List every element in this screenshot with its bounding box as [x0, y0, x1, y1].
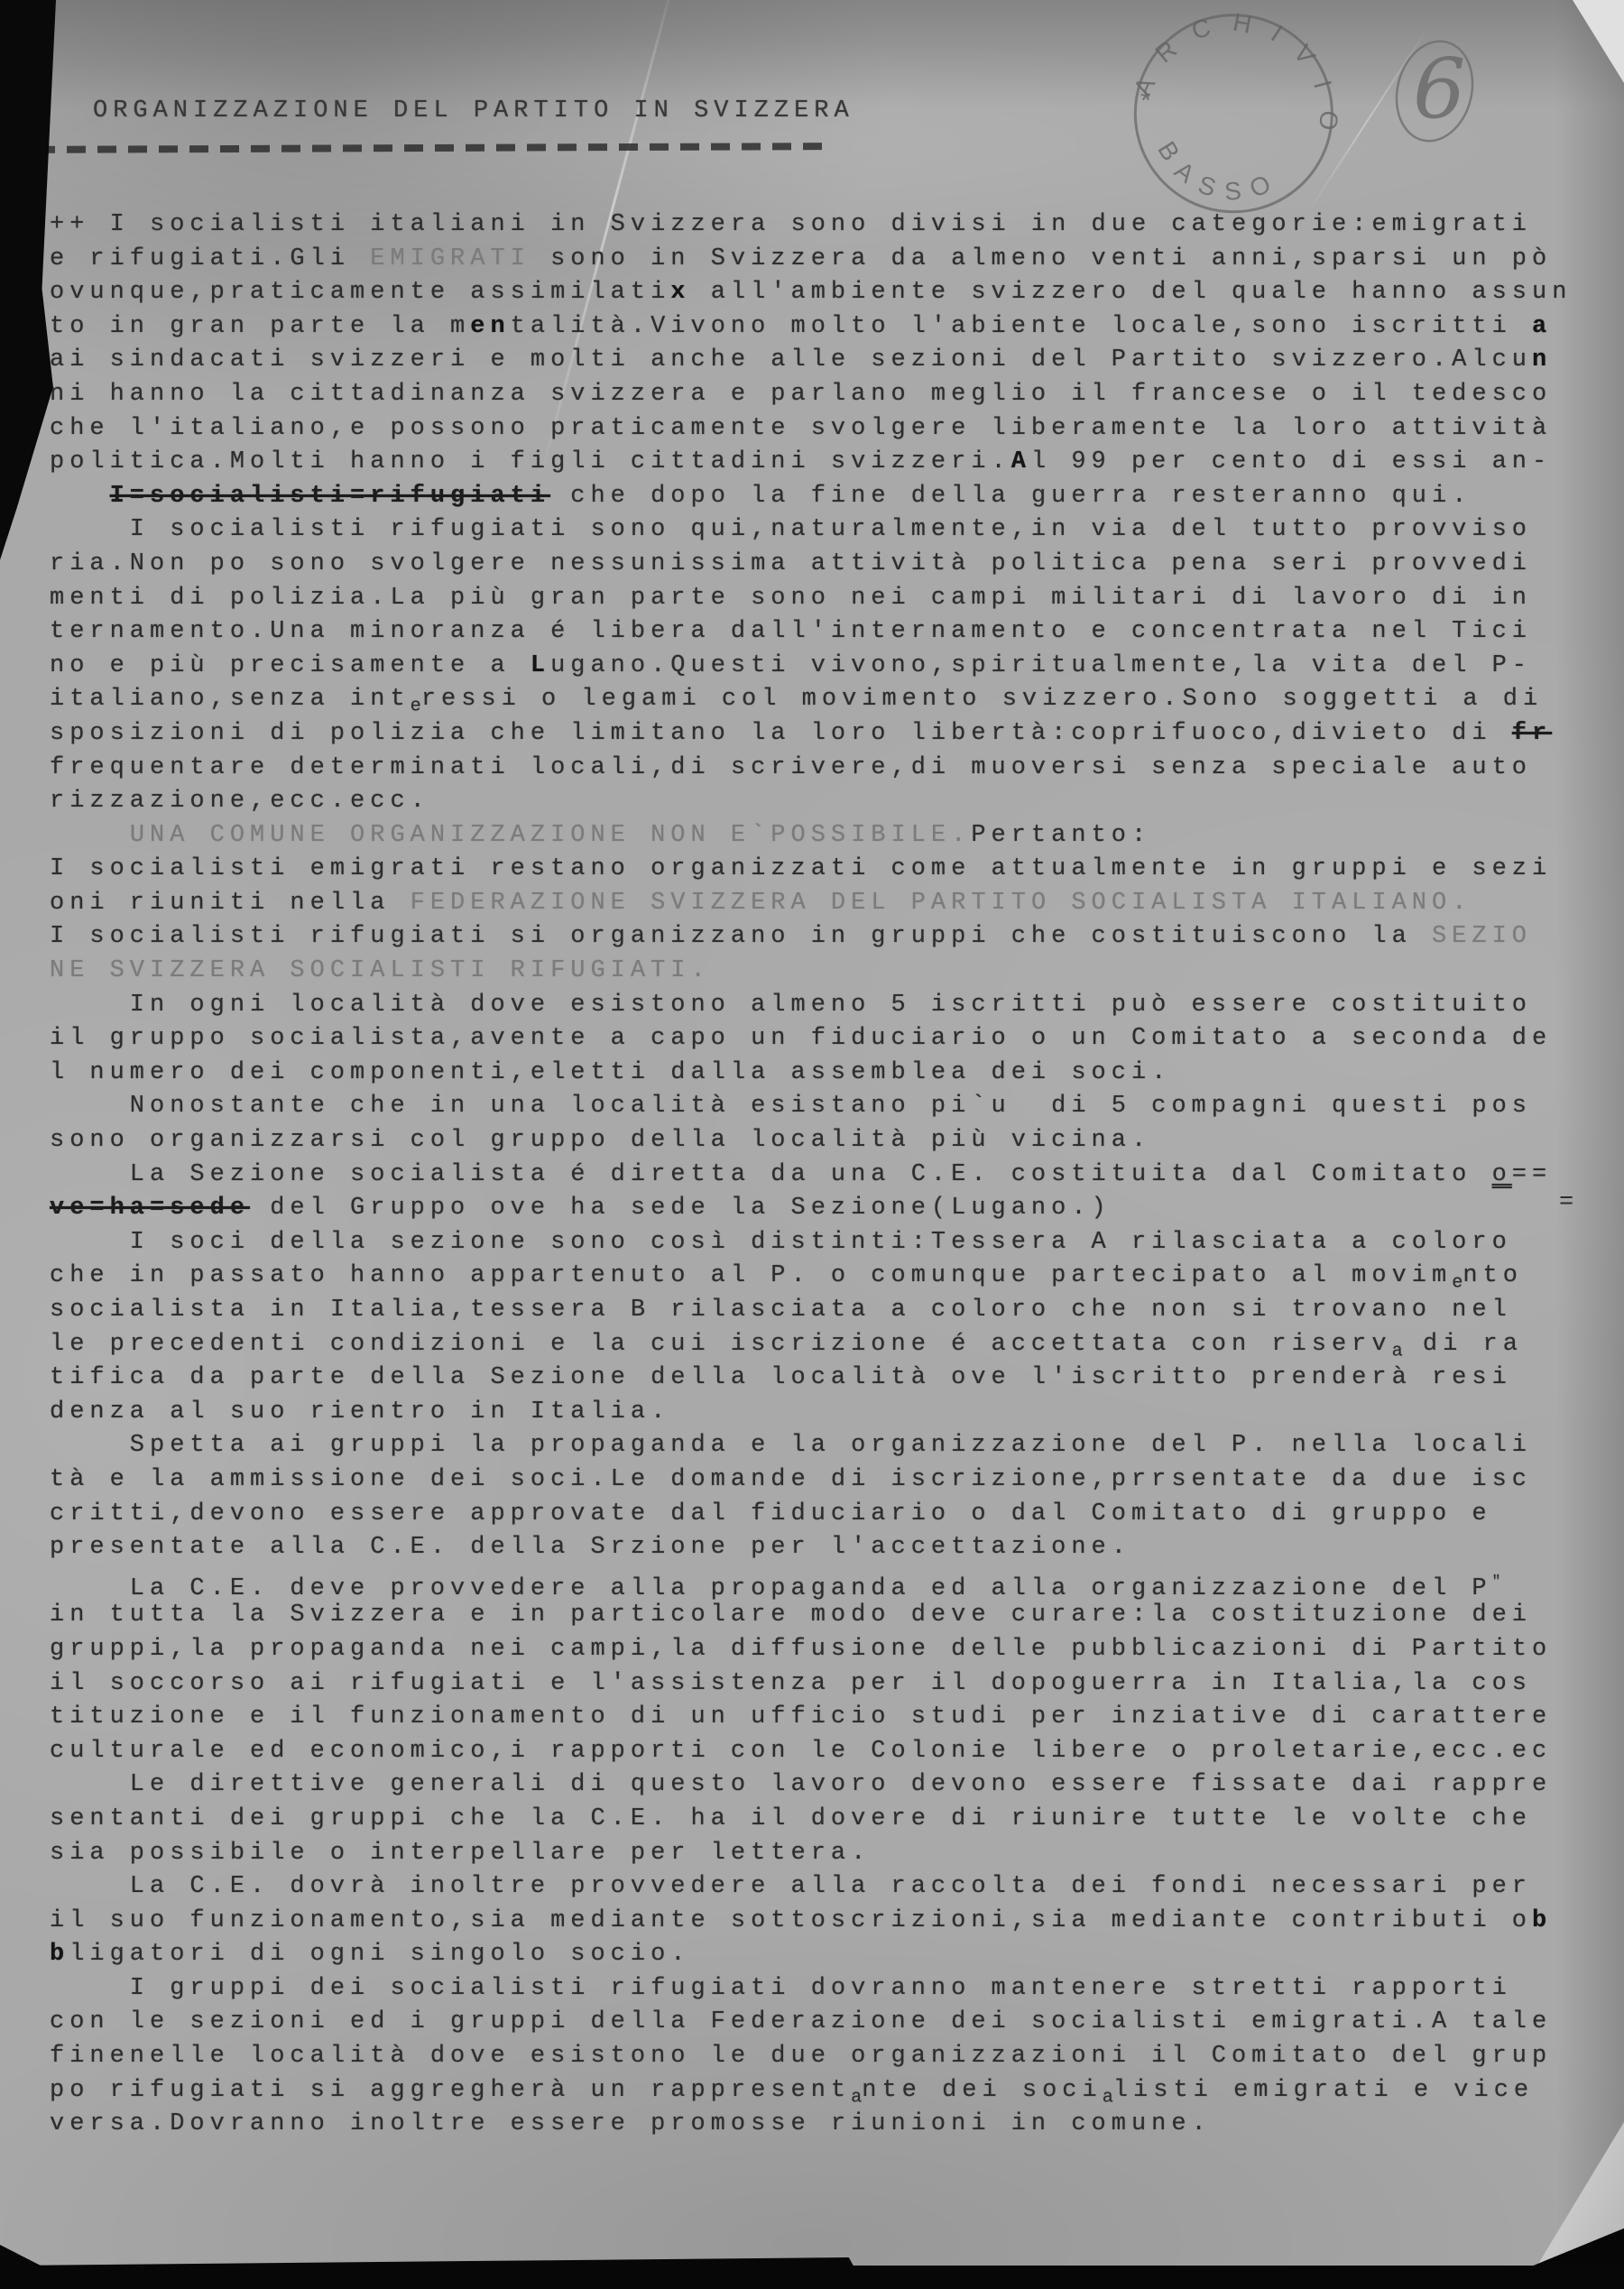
text-segment: A	[1011, 448, 1031, 475]
text-line: gruppi,la propaganda nei campi,la diffus…	[50, 1633, 1601, 1667]
text-line: I socialisti emigrati restano organizzat…	[50, 853, 1601, 887]
text-line: versa.Dovranno inoltre essere promosse r…	[50, 2108, 1601, 2142]
text-line: l numero dei componenti,eletti dalla ass…	[50, 1057, 1601, 1091]
text-line: frequentare determinati locali,di scrive…	[50, 752, 1601, 786]
text-segment: ressi o legami col movimento svizzero.So…	[421, 686, 1543, 713]
text-segment: o	[1492, 1161, 1512, 1188]
text-segment: La C.E. dovrà inoltre provvedere alla ra…	[50, 1873, 1532, 1900]
svg-text:BASSO: BASSO	[1146, 134, 1292, 215]
text-line: tifica da parte della Sezione della loca…	[50, 1361, 1601, 1396]
text-segment: all'ambiente svizzero del quale hanno as…	[691, 279, 1573, 306]
text-segment: ai sindacati svizzeri e molti anche alle…	[50, 346, 1532, 374]
text-segment: menti di polizia.La più gran parte sono …	[50, 585, 1532, 612]
correction-mark: =	[1559, 1189, 1579, 1216]
text-segment: FEDERAZIONE SVIZZERA DEL PARTITO SOCIALI…	[411, 890, 1472, 917]
text-segment: EMIGRATI	[370, 245, 531, 272]
text-segment: La Sezione socialista é diretta da una C…	[50, 1161, 1492, 1188]
text-segment: b	[50, 1941, 69, 1968]
text-segment: con le sezioni ed i gruppi della Federaz…	[50, 2008, 1552, 2035]
text-segment: le precedenti condizioni e la cui iscriz…	[50, 1331, 1392, 1358]
text-line: tituzione e il funzionamento di un uffic…	[50, 1701, 1601, 1735]
text-segment: tà e la ammissione dei soci.Le domande d…	[50, 1466, 1532, 1493]
text-segment: a	[851, 2087, 862, 2108]
page-number-graphic: 6	[1382, 23, 1490, 159]
text-segment: I socialisti rifugiati sono qui,naturalm…	[50, 516, 1532, 543]
text-segment: b	[1532, 1907, 1552, 1934]
text-line: po rifugiati si aggregherà un rappresent…	[50, 2074, 1601, 2109]
text-line: ovunque,praticamente assimilatix all'amb…	[50, 276, 1601, 310]
text-line: menti di polizia.La più gran parte sono …	[50, 582, 1601, 616]
scanned-document-page: ARCHIVIO BASSO * 6 ORGANIZZAZIONE DEL PA…	[0, 0, 1624, 2289]
text-line: con le sezioni ed i gruppi della Federaz…	[50, 2006, 1601, 2040]
text-segment: finenelle località dove esistono le due …	[50, 2043, 1552, 2070]
text-segment: to in gran parte la m	[50, 313, 470, 340]
text-line: finenelle località dove esistono le due …	[50, 2040, 1601, 2074]
text-segment: presentate alla C.E. della Srzione per l…	[50, 1534, 1131, 1561]
struck-text: I=socialisti=rifugiati	[110, 483, 550, 510]
text-segment: e rifugiati.Gli	[50, 245, 370, 272]
text-line: UNA COMUNE ORGANIZZAZIONE NON E`POSSIBIL…	[50, 819, 1601, 854]
text-line: La C.E. deve provvedere alla propaganda …	[50, 1565, 1601, 1600]
text-line: rizzazione,ecc.ecc.	[50, 785, 1601, 819]
text-segment: frequentare determinati locali,di scrive…	[50, 754, 1532, 781]
text-segment: oni riuniti nella	[50, 890, 411, 917]
text-line: Spetta ai gruppi la propaganda e la orga…	[50, 1429, 1601, 1463]
text-segment: ternamento.Una minoranza é libera dall'i…	[50, 618, 1532, 645]
text-line: il gruppo socialista,avente a capo un fi…	[50, 1022, 1601, 1057]
text-segment: La C.E. deve provvedere alla propaganda …	[50, 1575, 1492, 1602]
text-segment: il suo funzionamento,sia mediante sottos…	[50, 1907, 1532, 1934]
archive-stamp-graphic: ARCHIVIO BASSO *	[1113, 0, 1358, 239]
text-segment: n	[1532, 346, 1552, 374]
text-segment: che in passato hanno appartenuto al P. o…	[50, 1262, 1452, 1289]
text-segment: che dopo la fine della guerra resteranno…	[550, 483, 1472, 510]
stamp-arc-bottom-text: BASSO	[1146, 134, 1292, 215]
text-line: sia possibile o interpellare per lettera…	[50, 1837, 1601, 1871]
text-segment: ni hanno la cittadinanza svizzera e parl…	[50, 381, 1552, 408]
text-line: ai sindacati svizzeri e molti anche alle…	[50, 344, 1601, 378]
text-line: bligatori di ogni singolo socio.	[50, 1938, 1601, 1972]
text-line: I socialisti rifugiati sono qui,naturalm…	[50, 513, 1601, 548]
text-segment: po rifugiati si aggregherà un rappresent	[50, 2077, 851, 2104]
text-line: denza al suo rientro in Italia.	[50, 1396, 1601, 1430]
text-line: che l'italiano,e possono praticamente sv…	[50, 412, 1601, 447]
archive-stamp: ARCHIVIO BASSO *	[1113, 0, 1358, 239]
text-segment	[50, 822, 130, 849]
text-segment: versa.Dovranno inoltre essere promosse r…	[50, 2110, 1212, 2137]
text-segment: rizzazione,ecc.ecc.	[50, 788, 430, 815]
text-segment: tituzione e il funzionamento di un uffic…	[50, 1703, 1552, 1731]
text-segment: Pertanto:	[971, 822, 1151, 849]
text-segment: in tutta la Svizzera e in particolare mo…	[50, 1601, 1532, 1629]
text-segment: sono organizzarsi col gruppo della local…	[50, 1127, 1151, 1154]
text-segment: del Gruppo ove ha sede la Sezione(Lugano…	[250, 1195, 1112, 1222]
text-segment: UNA COMUNE ORGANIZZAZIONE NON E`POSSIBIL…	[130, 822, 972, 849]
text-segment: no e più precisamente a	[50, 652, 531, 679]
text-segment: ligatori di ogni singolo socio.	[69, 1941, 690, 1968]
text-segment: a	[1392, 1341, 1403, 1361]
text-segment: denza al suo rientro in Italia.	[50, 1398, 670, 1426]
scan-edge-bottom	[0, 2266, 1624, 2289]
stamp-arc-top-text: ARCHIVIO	[1123, 0, 1357, 152]
text-line: In ogni località dove esistono almeno 5 …	[50, 989, 1601, 1023]
text-segment: "	[1492, 1574, 1501, 1590]
scan-edge-left	[0, 0, 56, 577]
text-segment: sono in Svizzera da almeno venti anni,sp…	[531, 245, 1552, 272]
text-line: ++ I socialisti italiani in Svizzera son…	[50, 208, 1601, 243]
title-underline-rule	[36, 143, 823, 153]
text-line: I socialisti rifugiati si organizzano in…	[50, 920, 1601, 955]
page-number-value: 6	[1413, 41, 1466, 137]
text-line: Le direttive generali di questo lavoro d…	[50, 1768, 1601, 1803]
text-line: ternamento.Una minoranza é libera dall'i…	[50, 615, 1601, 650]
text-segment: l 99 per cento di essi an-	[1031, 448, 1552, 475]
text-segment: Le direttive generali di questo lavoro d…	[50, 1771, 1552, 1798]
paper-fold-top-right	[1573, 0, 1624, 83]
text-segment: il gruppo socialista,avente a capo un fi…	[50, 1025, 1552, 1052]
text-segment: ria.Non po sono svolgere nessunissima at…	[50, 550, 1532, 577]
text-segment: socialista in Italia,tessera B rilasciat…	[50, 1297, 1512, 1324]
text-line: le precedenti condizioni e la cui iscriz…	[50, 1328, 1601, 1362]
text-line: il suo funzionamento,sia mediante sottos…	[50, 1905, 1601, 1939]
text-segment: ++ I socialisti italiani in Svizzera son…	[50, 211, 1532, 238]
text-segment: nte dei soci	[862, 2077, 1102, 2104]
struck-text: fr	[1512, 720, 1552, 747]
text-segment: I socialisti rifugiati si organizzano in…	[50, 923, 1432, 950]
text-line: ni hanno la cittadinanza svizzera e parl…	[50, 378, 1601, 412]
text-segment: nto	[1463, 1262, 1523, 1289]
document-body: ++ I socialisti italiani in Svizzera son…	[50, 208, 1601, 2142]
text-segment: ovunque,praticamente assimilati	[50, 279, 670, 306]
text-segment: In ogni località dove esistono almeno 5 …	[50, 992, 1532, 1019]
text-line: e rifugiati.Gli EMIGRATI sono in Svizzer…	[50, 243, 1601, 277]
text-segment: di ra	[1403, 1331, 1523, 1358]
text-line: NE SVIZZERA SOCIALISTI RIFUGIATI.	[50, 955, 1601, 989]
text-segment: I soci della sezione sono così distinti:…	[50, 1229, 1512, 1256]
text-segment: sia possibile o interpellare per lettera…	[50, 1840, 871, 1867]
struck-text: ve=ha=sede	[50, 1195, 250, 1222]
text-segment: sposizioni di polizia che limitano la lo…	[50, 720, 1512, 747]
text-line: to in gran parte la mentalità.Vivono mol…	[50, 310, 1601, 345]
text-segment: gruppi,la propaganda nei campi,la diffus…	[50, 1636, 1552, 1663]
text-line: tà e la ammissione dei soci.Le domande d…	[50, 1463, 1601, 1498]
text-line: il soccorso ai rifugiati e l'assistenza …	[50, 1667, 1601, 1702]
text-line: I soci della sezione sono così distinti:…	[50, 1226, 1601, 1260]
text-segment: che l'italiano,e possono praticamente sv…	[50, 415, 1552, 442]
text-line: sono organizzarsi col gruppo della local…	[50, 1124, 1601, 1158]
text-line: sposizioni di polizia che limitano la lo…	[50, 717, 1601, 752]
text-segment: sentanti dei gruppi che la C.E. ha il do…	[50, 1805, 1532, 1832]
text-segment: Spetta ai gruppi la propaganda e la orga…	[50, 1432, 1532, 1459]
text-segment: talità.Vivono molto l'abiente locale,son…	[511, 313, 1532, 340]
text-line: I gruppi dei socialisti rifugiati dovran…	[50, 1972, 1601, 2007]
text-segment: culturale ed economico,i rapporti con le…	[50, 1738, 1552, 1765]
text-segment: a	[1103, 2087, 1113, 2108]
text-line: La Sezione socialista é diretta da una C…	[50, 1158, 1601, 1193]
text-line: sentanti dei gruppi che la C.E. ha il do…	[50, 1803, 1601, 1837]
text-segment: l numero dei componenti,eletti dalla ass…	[50, 1059, 1171, 1086]
text-segment: tifica da parte della Sezione della loca…	[50, 1364, 1512, 1391]
text-segment: listi emigrati e vice	[1113, 2077, 1534, 2104]
text-line: ria.Non po sono svolgere nessunissima at…	[50, 548, 1601, 582]
stamp-star-icon: *	[1140, 86, 1152, 116]
text-line: oni riuniti nella FEDERAZIONE SVIZZERA D…	[50, 887, 1601, 921]
text-line: Nonostante che in una località esistano …	[50, 1090, 1601, 1124]
document-title: ORGANIZZAZIONE DEL PARTITO IN SVIZZERA	[93, 97, 854, 125]
text-line: politica.Molti hanno i figli cittadini s…	[50, 446, 1601, 480]
text-line: no e più precisamente a Lugano.Questi vi…	[50, 650, 1601, 684]
text-segment: critti,devono essere approvate dal fiduc…	[50, 1500, 1492, 1528]
text-line: I=socialisti=rifugiati che dopo la fine …	[50, 480, 1601, 514]
text-segment: I gruppi dei socialisti rifugiati dovran…	[50, 1975, 1512, 2002]
page-number-mark: 6	[1382, 23, 1490, 159]
text-line: ve=ha=sede del Gruppo ove ha sede la Sez…	[50, 1192, 1601, 1226]
text-line: culturale ed economico,i rapporti con le…	[50, 1735, 1601, 1769]
text-segment: a	[1532, 313, 1552, 340]
text-line: socialista in Italia,tessera B rilasciat…	[50, 1294, 1601, 1328]
text-line: critti,devono essere approvate dal fiduc…	[50, 1498, 1601, 1532]
text-segment: ugano.Questi vivono,spiritualmente,la vi…	[550, 652, 1532, 679]
text-line: La C.E. dovrà inoltre provvedere alla ra…	[50, 1870, 1601, 1905]
text-segment: L	[531, 652, 550, 679]
text-segment: en	[470, 313, 510, 340]
text-line: italiano,senza interessi o legami col mo…	[50, 683, 1601, 717]
text-segment: il soccorso ai rifugiati e l'assistenza …	[50, 1670, 1532, 1697]
text-segment: Nonostante che in una località esistano …	[50, 1093, 1532, 1120]
text-line: che in passato hanno appartenuto al P. o…	[50, 1260, 1601, 1294]
text-line: in tutta la Svizzera e in particolare mo…	[50, 1599, 1601, 1633]
svg-text:ARCHIVIO: ARCHIVIO	[1123, 0, 1357, 152]
text-segment: politica.Molti hanno i figli cittadini s…	[50, 448, 1011, 475]
text-segment	[50, 483, 110, 510]
text-segment: e	[1452, 1273, 1463, 1294]
text-segment: SEZIO	[1432, 923, 1532, 950]
text-line: presentate alla C.E. della Srzione per l…	[50, 1531, 1601, 1565]
text-segment: I socialisti emigrati restano organizzat…	[50, 855, 1552, 882]
text-segment: e	[411, 697, 421, 717]
text-segment: NE SVIZZERA SOCIALISTI RIFUGIATI.	[50, 957, 711, 984]
text-segment: italiano,senza int	[50, 686, 411, 713]
text-segment: x	[670, 279, 690, 306]
text-segment: ==	[1512, 1161, 1552, 1188]
